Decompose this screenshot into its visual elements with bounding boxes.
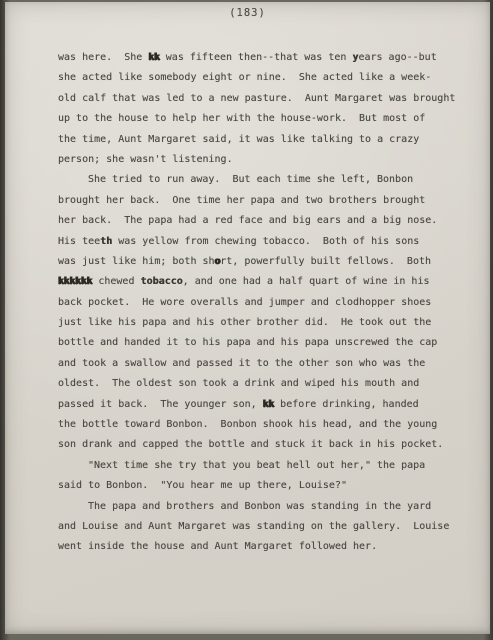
text-line: oldest. The oldest son took a drink and …	[58, 374, 468, 394]
text-line: the bottle toward Bonbon. Bonbon shook h…	[58, 415, 468, 435]
text-line: and Louise and Aunt Margaret was standin…	[58, 517, 468, 537]
text-segment: was here. She	[58, 52, 148, 63]
manuscript-paper: (183) was here. She kk was fifteen then-…	[5, 2, 490, 634]
text-segment: person; she wasn't listening.	[58, 154, 233, 165]
text-line: person; she wasn't listening.	[58, 150, 468, 170]
text-line: She tried to run away. But each time she…	[58, 170, 468, 190]
text-line: just like his papa and his other brother…	[58, 313, 468, 333]
text-segment: and Louise and Aunt Margaret was standin…	[58, 521, 449, 532]
text-line: old calf that was led to a new pasture. …	[58, 89, 468, 109]
text-segment: son drank and capped the bottle and stuc…	[58, 439, 443, 450]
text-segment: and took a swallow and passed it to the …	[58, 358, 425, 369]
text-segment: "Next time she try that you beat hell ou…	[88, 460, 425, 471]
text-segment: passed it back. The younger son,	[58, 399, 263, 410]
text-segment: was fifteen then--that was ten	[160, 52, 353, 63]
text-line: kkkkkk chewed tobacco, and one had a hal…	[58, 272, 468, 292]
text-segment: ears ago--but	[358, 52, 436, 63]
text-segment: the bottle toward Bonbon. Bonbon shook h…	[58, 419, 437, 430]
text-segment: She tried to run away. But each time she…	[88, 174, 413, 185]
text-segment: said to Bonbon. "You hear me up there, L…	[58, 480, 347, 491]
text-line: she acted like somebody eight or nine. S…	[58, 68, 468, 88]
text-segment: she acted like somebody eight or nine. S…	[58, 72, 431, 83]
text-segment: brought her back. One time her papa and …	[58, 195, 425, 206]
text-line: passed it back. The younger son, kk befo…	[58, 395, 468, 415]
overtyped-text: th	[100, 236, 112, 247]
text-segment: , and one had a half quart of wine in hi…	[183, 276, 430, 287]
struck-out-text: kk	[148, 52, 159, 63]
text-line: son drank and capped the bottle and stuc…	[58, 435, 468, 455]
text-segment: went inside the house and Aunt Margaret …	[58, 541, 377, 552]
text-line: was just like him; both short, powerfull…	[58, 252, 468, 272]
overtyped-text: tobacco	[141, 276, 183, 287]
struck-out-text: kkkkkk	[58, 276, 92, 287]
text-segment: The papa and brothers and Bonbon was sta…	[88, 501, 431, 512]
text-line: back pocket. He wore overalls and jumper…	[58, 293, 468, 313]
text-line: up to the house to help her with the hou…	[58, 109, 468, 129]
text-segment: oldest. The oldest son took a drink and …	[58, 378, 419, 389]
text-segment: rt, powerfully built fellows. Both	[220, 256, 431, 267]
text-line: "Next time she try that you beat hell ou…	[58, 456, 468, 476]
text-segment: the time, Aunt Margaret said, it was lik…	[58, 134, 419, 145]
text-segment: was just like him; both sh	[58, 256, 215, 267]
text-line: was here. She kk was fifteen then--that …	[58, 48, 468, 68]
text-segment: old calf that was led to a new pasture. …	[58, 93, 455, 104]
text-line: brought her back. One time her papa and …	[58, 191, 468, 211]
text-line: the time, Aunt Margaret said, it was lik…	[58, 130, 468, 150]
text-line: His teeth was yellow from chewing tobacc…	[58, 232, 468, 252]
text-segment: back pocket. He wore overalls and jumper…	[58, 297, 431, 308]
text-segment: her back. The papa had a red face and bi…	[58, 215, 437, 226]
manuscript-photo: (183) was here. She kk was fifteen then-…	[0, 0, 493, 640]
text-segment: before drinking, handed	[274, 399, 419, 410]
text-segment: bottle and handed it to his papa and his…	[58, 337, 437, 348]
text-segment: just like his papa and his other brother…	[58, 317, 431, 328]
text-line: said to Bonbon. "You hear me up there, L…	[58, 476, 468, 496]
text-line: bottle and handed it to his papa and his…	[58, 333, 468, 353]
text-segment: chewed	[92, 276, 140, 287]
page-number: (183)	[5, 7, 490, 19]
manuscript-text: was here. She kk was fifteen then--that …	[58, 48, 468, 558]
text-line: and took a swallow and passed it to the …	[58, 354, 468, 374]
text-segment: was yellow from chewing tobacco. Both of…	[112, 236, 419, 247]
text-line: her back. The papa had a red face and bi…	[58, 211, 468, 231]
text-line: The papa and brothers and Bonbon was sta…	[58, 497, 468, 517]
text-segment: up to the house to help her with the hou…	[58, 113, 425, 124]
struck-out-text: kk	[263, 399, 274, 410]
text-segment: His tee	[58, 236, 100, 247]
text-line: went inside the house and Aunt Margaret …	[58, 537, 468, 557]
